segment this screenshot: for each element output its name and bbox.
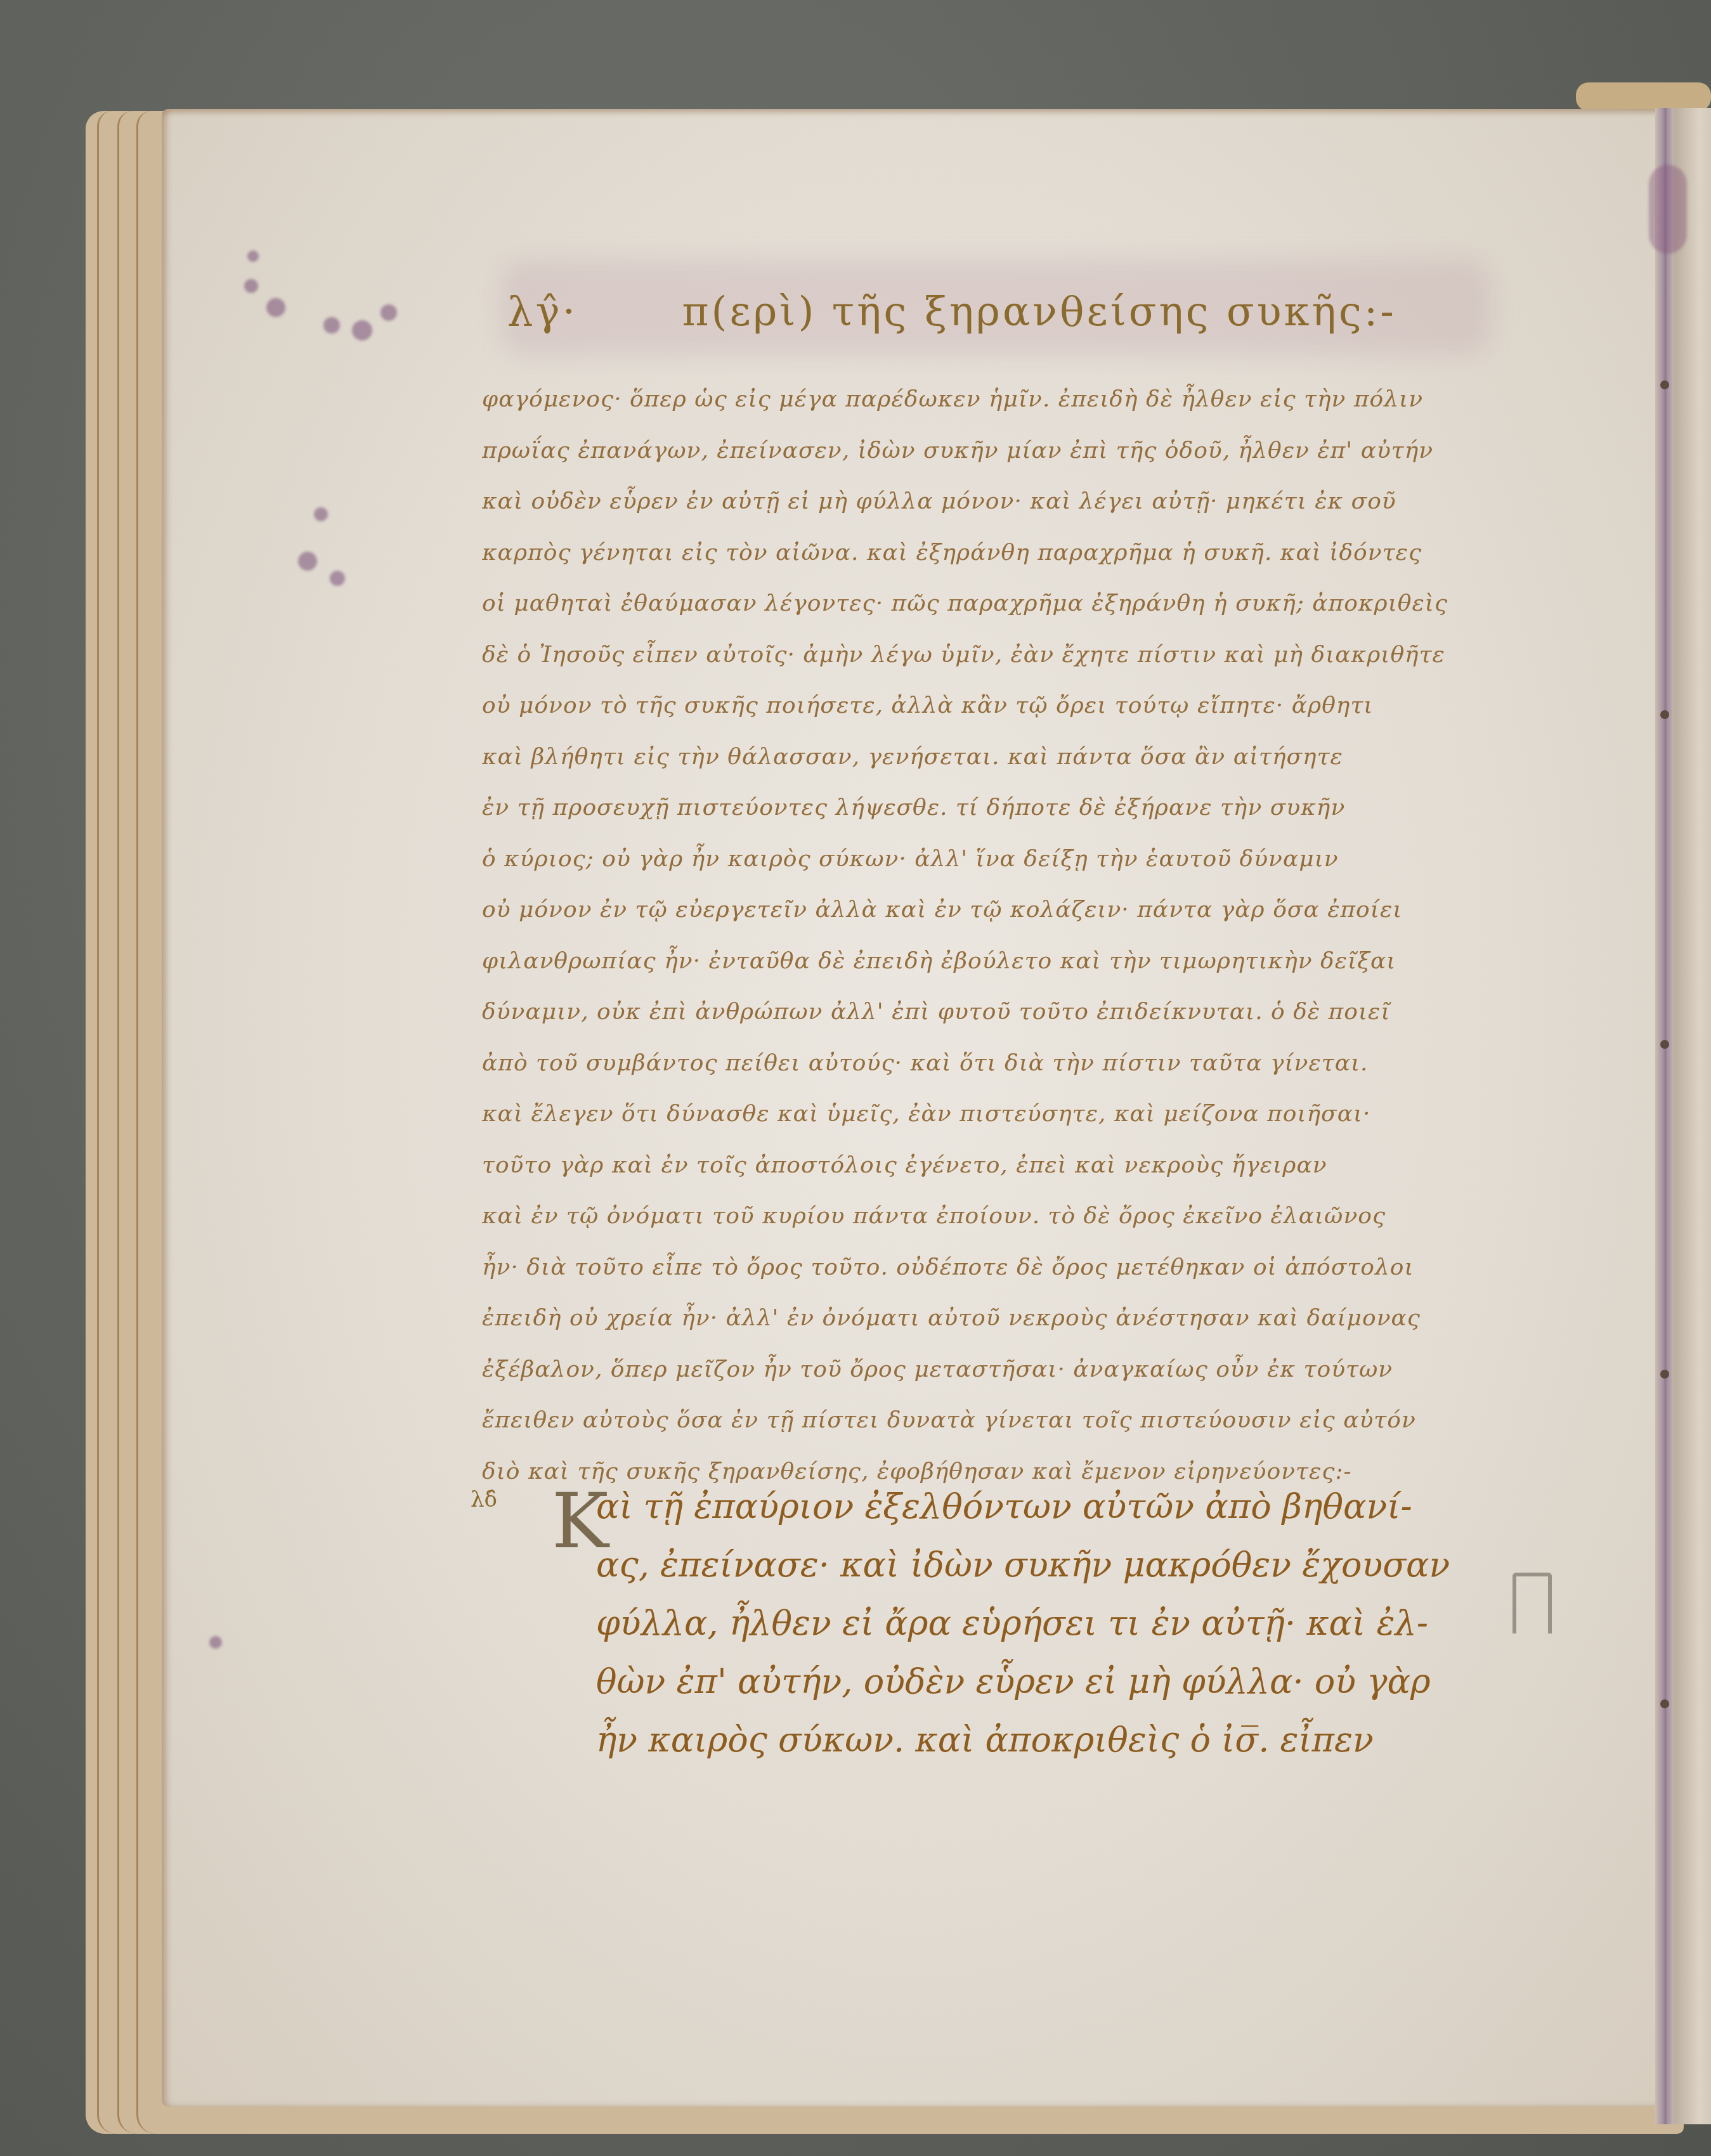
main-text-block: φαγόμενος· ὅπερ ὡς εἰς μέγα παρέδωκεν ἡμ… <box>482 374 1522 1497</box>
text-line: ἔπειθεν αὐτοὺς ὅσα ἐν τῇ πίστει δυνατὰ γ… <box>482 1395 1522 1446</box>
ink-stain <box>266 298 285 317</box>
gutter <box>1655 108 1675 2124</box>
section-number: λγ̂· <box>507 289 578 335</box>
sewing-hole <box>1660 380 1669 389</box>
binding-cord <box>1576 82 1711 111</box>
text-line: δύναμιν, οὐκ ἐπὶ ἀνθρώπων ἀλλ' ἐπὶ φυτοῦ… <box>482 987 1522 1038</box>
lemma-line: φύλλα, ἦλθεν εἰ ἄρα εὑρήσει τι ἐν αὐτῇ· … <box>469 1594 1535 1653</box>
text-line: καὶ οὐδὲν εὗρεν ἐν αὐτῇ εἰ μὴ φύλλα μόνο… <box>482 476 1522 528</box>
facing-page-edge <box>1674 108 1711 2124</box>
text-line: ἐξέβαλον, ὅπερ μεῖζον ἦν τοῦ ὄρος μεταστ… <box>482 1344 1522 1396</box>
ink-stain <box>352 320 372 341</box>
text-line: ἀπὸ τοῦ συμβάντος πείθει αὐτούς· καὶ ὅτι… <box>482 1038 1522 1089</box>
section-title: π(ερὶ) τῆς ξηρανθείσης συκῆς:- <box>682 289 1396 335</box>
lemma-line: θὼν ἐπ' αὐτήν, οὐδὲν εὗρεν εἰ μὴ φύλλα· … <box>469 1653 1535 1711</box>
text-line: πρωΐας ἐπανάγων, ἐπείνασεν, ἰδὼν συκῆν μ… <box>482 425 1522 477</box>
ink-stain <box>1649 165 1687 254</box>
sewing-hole <box>1660 1699 1669 1708</box>
ink-stain <box>244 279 258 293</box>
chapter-heading: λγ̂· π(ερὶ) τῆς ξηρανθείσης συκῆς:- <box>507 289 1522 346</box>
text-line: ἐπειδὴ οὐ χρεία ἦν· ἀλλ' ἐν ὀνόματι αὐτο… <box>482 1293 1522 1344</box>
text-line: καὶ ἔλεγεν ὅτι δύνασθε καὶ ὑμεῖς, ἐὰν πι… <box>482 1089 1522 1140</box>
text-line: οὐ μόνον τὸ τῆς συκῆς ποιήσετε, ἀλλὰ κἂν… <box>482 680 1522 732</box>
text-line: ὁ κύριος; οὐ γὰρ ἦν καιρὸς σύκων· ἀλλ' ἵ… <box>482 834 1522 885</box>
margin-pi-mark <box>1513 1573 1552 1633</box>
ink-stain <box>298 552 317 571</box>
text-line: φαγόμενος· ὅπερ ὡς εἰς μέγα παρέδωκεν ἡμ… <box>482 374 1522 425</box>
sewing-hole <box>1660 710 1669 719</box>
lemma-line: αὶ τῇ ἐπαύριον ἐξελθόντων αὐτῶν ἀπὸ βηθα… <box>469 1477 1535 1536</box>
sewing-hole <box>1660 1370 1669 1379</box>
leaf-edge <box>136 111 164 2134</box>
text-line: ἐν τῇ προσευχῇ πιστεύοντες λήψεσθε. τί δ… <box>482 783 1522 834</box>
ink-stain <box>330 571 345 586</box>
ink-stain <box>247 250 259 262</box>
text-line: καὶ ἐν τῷ ὀνόματι τοῦ κυρίου πάντα ἐποίο… <box>482 1191 1522 1242</box>
text-line: οὐ μόνον ἐν τῷ εὐεργετεῖν ἀλλὰ καὶ ἐν τῷ… <box>482 885 1522 936</box>
ink-stain <box>209 1636 222 1649</box>
lemma-text-block: αὶ τῇ ἐπαύριον ἐξελθόντων αὐτῶν ἀπὸ βηθα… <box>469 1477 1535 1769</box>
text-line: καὶ βλήθητι εἰς τὴν θάλασσαν, γενήσεται.… <box>482 732 1522 783</box>
text-line: οἱ μαθηταὶ ἐθαύμασαν λέγοντες· πῶς παραχ… <box>482 578 1522 630</box>
lemma-line: ἦν καιρὸς σύκων. καὶ ἀποκριθεὶς ὁ ἰσ̅. ε… <box>469 1711 1535 1769</box>
text-line: δὲ ὁ Ἰησοῦς εἶπεν αὐτοῖς· ἀμὴν λέγω ὑμῖν… <box>482 630 1522 681</box>
sewing-hole <box>1660 1040 1669 1049</box>
ink-stain <box>314 507 328 521</box>
text-line: τοῦτο γὰρ καὶ ἐν τοῖς ἀποστόλοις ἐγένετο… <box>482 1140 1522 1192</box>
ink-stain <box>381 304 397 321</box>
lemma-line: ας, ἐπείνασε· καὶ ἰδὼν συκῆν μακρόθεν ἔχ… <box>469 1536 1535 1594</box>
text-line: καρπὸς γένηται εἰς τὸν αἰῶνα. καὶ ἐξηράν… <box>482 528 1522 579</box>
text-line: ἦν· διὰ τοῦτο εἶπε τὸ ὄρος τοῦτο. οὐδέπο… <box>482 1242 1522 1294</box>
text-line: φιλανθρωπίας ἦν· ἐνταῦθα δὲ ἐπειδὴ ἐβούλ… <box>482 936 1522 987</box>
ink-stain <box>323 317 340 334</box>
